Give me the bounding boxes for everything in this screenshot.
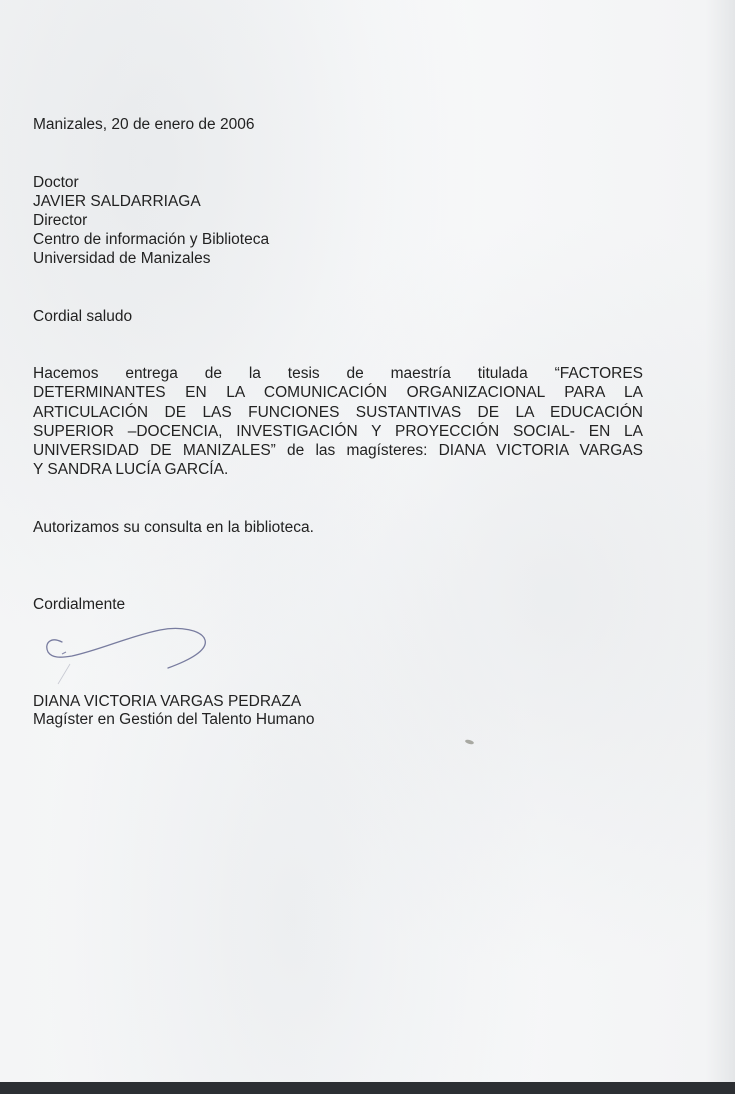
scan-bottom-edge — [0, 1082, 735, 1094]
recipient-position: Director — [33, 211, 87, 230]
body-line: UNIVERSIDAD DE MANIZALES” de las magíste… — [33, 441, 643, 460]
body-line: DETERMINANTES EN LA COMUNICACIÓN ORGANIZ… — [33, 383, 643, 402]
recipient-department: Centro de información y Biblioteca — [33, 230, 269, 249]
authorization-text: Autorizamos su consulta en la biblioteca… — [33, 518, 314, 537]
place-date: Manizales, 20 de enero de 2006 — [33, 115, 254, 134]
body-line: Hacemos entrega de la tesis de maestría … — [33, 364, 643, 383]
body-line: ARTICULACIÓN DE LAS FUNCIONES SUSTANTIVA… — [33, 403, 643, 422]
greeting: Cordial saludo — [33, 307, 132, 326]
recipient-institution: Universidad de Manizales — [33, 249, 210, 268]
signer-title: Magíster en Gestión del Talento Humano — [33, 710, 314, 729]
signer-name: DIANA VICTORIA VARGAS PEDRAZA — [33, 692, 301, 711]
scanned-paper — [0, 0, 735, 1082]
signature-icon — [40, 622, 220, 687]
closing: Cordialmente — [33, 595, 125, 614]
body-line: Y SANDRA LUCÍA GARCÍA. — [33, 460, 643, 479]
recipient-title: Doctor — [33, 173, 79, 192]
body-line: SUPERIOR –DOCENCIA, INVESTIGACIÓN Y PROY… — [33, 422, 643, 441]
letter-body: Hacemos entrega de la tesis de maestría … — [33, 364, 643, 480]
recipient-name: JAVIER SALDARRIAGA — [33, 192, 201, 211]
